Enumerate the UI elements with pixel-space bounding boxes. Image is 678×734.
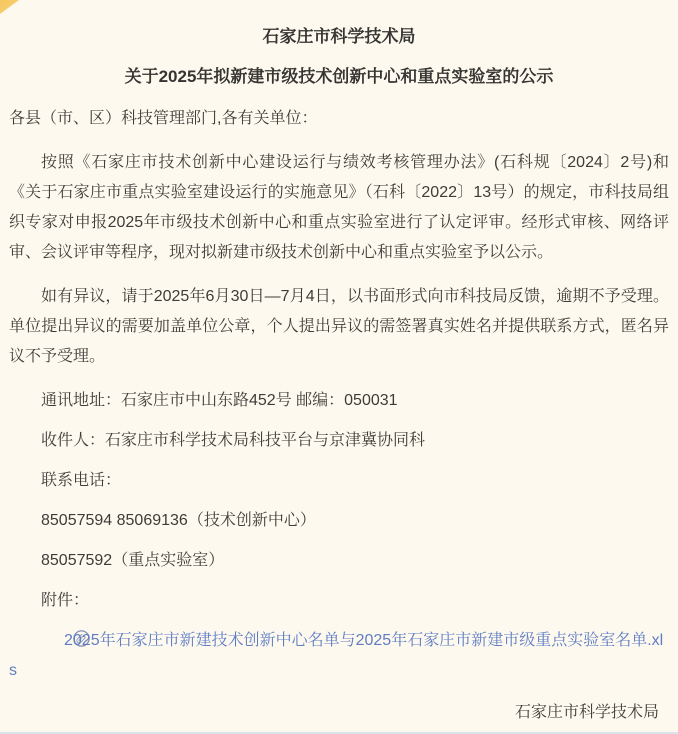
document-org-title: 石家庄市科学技术局	[0, 0, 678, 48]
attachment-label: 附件：	[9, 586, 669, 616]
attachment-link[interactable]: 2025年石家庄市新建技术创新中心名单与2025年石家庄市新建市级重点实验室名单…	[9, 632, 663, 679]
document-body: 各县（市、区）科技管理部门,各有关单位： 按照《石家庄市技术创新中心建设运行与绩…	[0, 104, 678, 728]
attachment-row: 2025年石家庄市新建技术创新中心名单与2025年石家庄市新建市级重点实验室名单…	[9, 626, 669, 686]
contact-line-recipient: 收件人：石家庄市科学技术局科技平台与京津冀协同科	[9, 426, 669, 456]
folded-corner-decoration	[0, 0, 19, 14]
contact-line-phone-innovation-center: 85057594 85069136（技术创新中心）	[9, 506, 669, 536]
salutation: 各县（市、区）科技管理部门,各有关单位：	[9, 104, 669, 134]
paragraph-objection-notice: 如有异议，请于2025年6月30日—7月4日，以书面形式向市科技局反馈，逾期不予…	[9, 282, 669, 372]
paperclip-icon	[41, 628, 58, 645]
contact-line-phone-label: 联系电话：	[9, 466, 669, 496]
announcement-page: 石家庄市科学技术局 关于2025年拟新建市级技术创新中心和重点实验室的公示 各县…	[0, 0, 678, 734]
contact-line-phone-key-lab: 85057592（重点实验室）	[9, 546, 669, 576]
document-subject-title: 关于2025年拟新建市级技术创新中心和重点实验室的公示	[0, 66, 678, 88]
paragraph-review-process: 按照《石家庄市技术创新中心建设运行与绩效考核管理办法》(石科规〔2024〕2号)…	[9, 148, 669, 268]
contact-line-address: 通讯地址：石家庄市中山东路452号 邮编：050031	[9, 386, 669, 416]
signature: 石家庄市科学技术局	[9, 698, 669, 728]
